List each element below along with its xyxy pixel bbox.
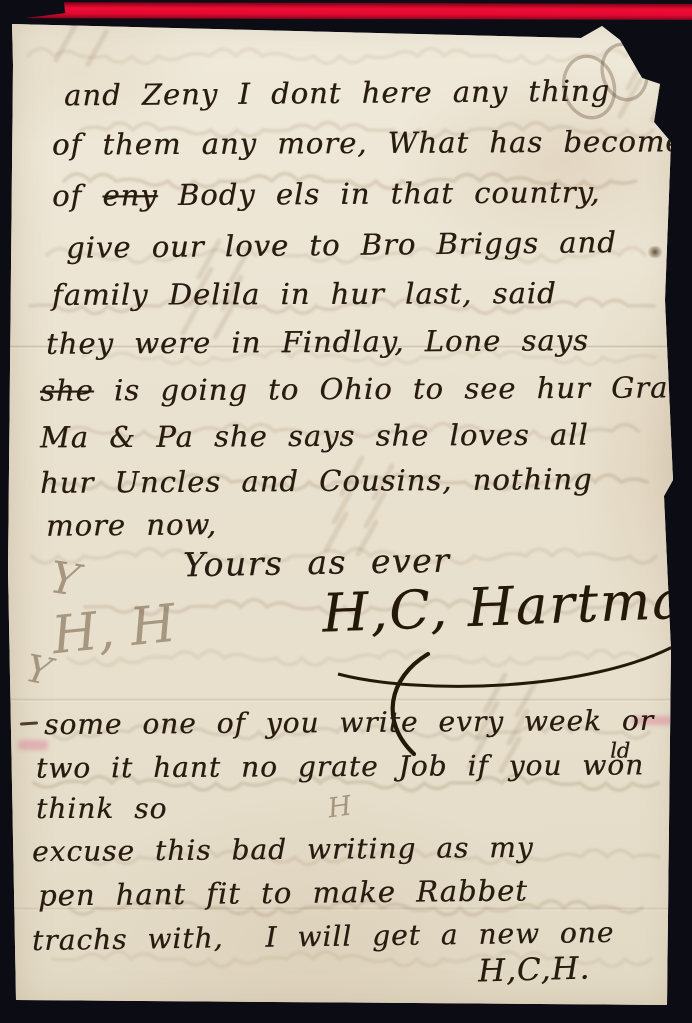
ps-line-3: think so xyxy=(36,792,167,825)
struck-word: she xyxy=(40,373,94,407)
body-line-4: give our love to Bro Briggs and xyxy=(66,225,617,265)
body-line-3-pre: of xyxy=(52,179,103,213)
body-line-9: hur Uncles and Cousins, nothing xyxy=(40,462,593,500)
ps-line-2-text: two it hant no grate Job if you won xyxy=(36,748,644,784)
body-line-10: more now, xyxy=(46,507,217,542)
letter-sheet: and Zeny I dont here any thing of them a… xyxy=(6,10,688,1018)
initials: H,C,H. xyxy=(478,951,591,990)
margin-mark-2: H, H xyxy=(49,594,178,667)
spacing-gap xyxy=(224,947,266,948)
body-line-6: they were in Findlay, Lone says xyxy=(46,323,589,361)
scan-corner-shadow xyxy=(0,0,65,23)
body-line-8: Ma & Pa she says she loves all xyxy=(40,418,589,455)
ps-line-6a: trachs with, xyxy=(32,921,224,957)
closing-line: Yours as ever xyxy=(183,541,451,585)
ps-line-5: pen hant fit to make Rabbet xyxy=(38,873,528,912)
ps-line-1: some one of you write evry week or xyxy=(44,704,654,741)
ps-superscript: ld xyxy=(610,739,630,763)
scanned-letter-page: and Zeny I dont here any thing of them a… xyxy=(0,0,692,1023)
fold-crease xyxy=(6,698,688,702)
pink-residue xyxy=(18,740,48,750)
body-line-7-post: is going to Ohio to see hur Grand xyxy=(94,370,692,407)
body-line-2: of them any more, What has become xyxy=(52,124,684,161)
ink-blot xyxy=(646,246,664,258)
ps-line-6b: I will get a new one xyxy=(265,916,614,954)
red-tape-strip xyxy=(26,2,692,20)
practice-letter-mark: H xyxy=(326,791,354,825)
body-line-3: of eny Body els in that country, xyxy=(52,175,601,213)
ps-line-2: two it hant no grate Job if you wonld xyxy=(36,748,664,784)
struck-word: eny xyxy=(102,178,157,212)
body-line-5: family Delila in hur last, said xyxy=(52,276,557,312)
body-line-7: she is going to Ohio to see hur Grand xyxy=(40,370,692,407)
ps-line-4: excuse this bad writing as my xyxy=(32,831,534,868)
body-line-3-post: Body els in that country, xyxy=(158,175,601,212)
body-line-1: and Zeny I dont here any thing xyxy=(64,74,610,113)
